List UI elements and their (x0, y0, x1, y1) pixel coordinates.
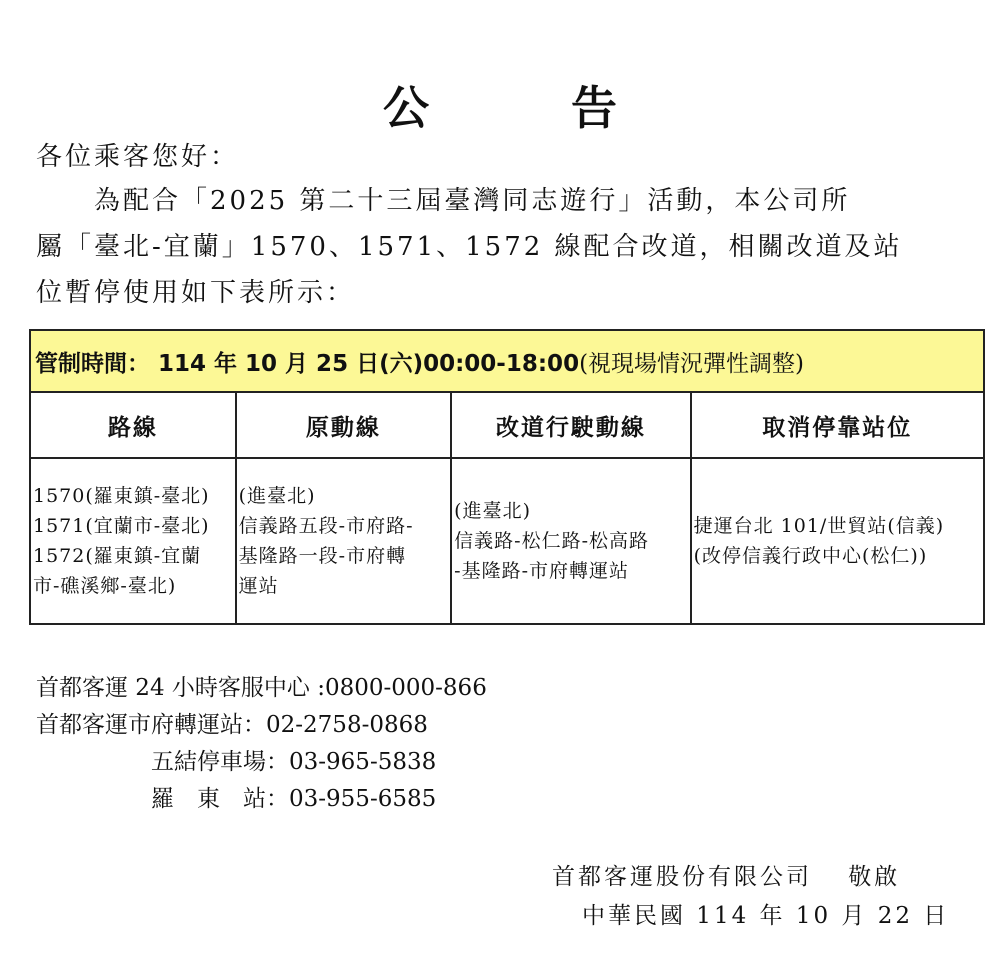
control-time-row: 管制時間： 114 年 10 月 25 日(六)00:00-18:00(視現場情… (30, 330, 984, 392)
contact-label: 羅 東 站 (151, 786, 266, 812)
contact-customer-service: 首都客運 24 小時客服中心 :0800-000-866 (36, 670, 487, 707)
detour-table: 管制時間： 114 年 10 月 25 日(六)00:00-18:00(視現場情… (29, 329, 985, 625)
original-line: (進臺北) (239, 481, 449, 511)
route-line: 1570(羅東鎮-臺北) (33, 481, 233, 511)
intro-paragraph: 為配合「2025 第二十三屆臺灣同志遊行」活動，本公司所 屬「臺北-宜蘭」157… (36, 178, 936, 316)
contact-transfer-station: 首都客運市府轉運站：02-2758-0868 (36, 707, 487, 744)
signature-date: 中華民國 114 年 10 月 22 日 (582, 897, 949, 930)
contact-label: 五結停車場 (151, 749, 266, 775)
contact-label: 首都客運 24 小時客服中心 (36, 675, 317, 701)
cell-routes: 1570(羅東鎮-臺北) 1571(宜蘭市-臺北) 1572(羅東鎮-宜蘭 市-… (30, 458, 236, 624)
signature-company: 首都客運股份有限公司 敬啟 (552, 858, 900, 891)
contact-luodong-station: 羅 東 站：03-955-6585 (36, 781, 487, 818)
contact-phone: ：02-2758-0868 (243, 712, 428, 738)
intro-line: 為配合「2025 第二十三屆臺灣同志遊行」活動，本公司所 (36, 178, 936, 224)
header-original: 原動線 (236, 392, 452, 458)
contact-wujie-depot: 五結停車場：03-965-5838 (36, 744, 487, 781)
contact-phone: :0800-000-866 (317, 675, 487, 701)
cell-cancelled: 捷運台北 101/世貿站(信義) (改停信義行政中心(松仁)) (691, 458, 984, 624)
contact-label: 首都客運市府轉運站 (36, 712, 243, 738)
intro-line: 屬「臺北-宜蘭」1570、1571、1572 線配合改道，相關改道及站 (36, 224, 936, 270)
cell-original: (進臺北) 信義路五段-市府路- 基隆路一段-市府轉 運站 (236, 458, 452, 624)
detour-line: -基隆路-市府轉運站 (454, 556, 687, 586)
original-line: 基隆路一段-市府轉 (239, 541, 449, 571)
table-header-row: 路線 原動線 改道行駛動線 取消停靠站位 (30, 392, 984, 458)
contact-phone: ：03-955-6585 (266, 786, 436, 812)
header-cancelled: 取消停靠站位 (691, 392, 984, 458)
cancelled-line: 捷運台北 101/世貿站(信義) (694, 511, 981, 541)
contact-list: 首都客運 24 小時客服中心 :0800-000-866 首都客運市府轉運站：0… (36, 670, 487, 818)
intro-line: 位暫停使用如下表所示： (36, 270, 936, 316)
control-time-note: (視現場情況彈性調整) (579, 351, 804, 377)
route-line: 1572(羅東鎮-宜蘭 (33, 541, 233, 571)
header-detour: 改道行駛動線 (451, 392, 690, 458)
cancelled-line: (改停信義行政中心(松仁)) (694, 541, 981, 571)
route-line: 1571(宜蘭市-臺北) (33, 511, 233, 541)
contact-phone: ：03-965-5838 (266, 749, 436, 775)
cell-detour: (進臺北) 信義路-松仁路-松高路 -基隆路-市府轉運站 (451, 458, 690, 624)
table-row: 1570(羅東鎮-臺北) 1571(宜蘭市-臺北) 1572(羅東鎮-宜蘭 市-… (30, 458, 984, 624)
original-line: 運站 (239, 571, 449, 601)
page-title: 公 告 (0, 72, 1000, 138)
greeting: 各位乘客您好： (36, 134, 936, 180)
original-line: 信義路五段-市府路- (239, 511, 449, 541)
route-line: 市-礁溪鄉-臺北) (33, 571, 233, 601)
detour-line: 信義路-松仁路-松高路 (454, 526, 687, 556)
header-route: 路線 (30, 392, 236, 458)
control-time-label: 管制時間： (35, 351, 150, 377)
control-time-value: 114 年 10 月 25 日(六)00:00-18:00 (158, 351, 579, 377)
detour-line: (進臺北) (454, 496, 687, 526)
